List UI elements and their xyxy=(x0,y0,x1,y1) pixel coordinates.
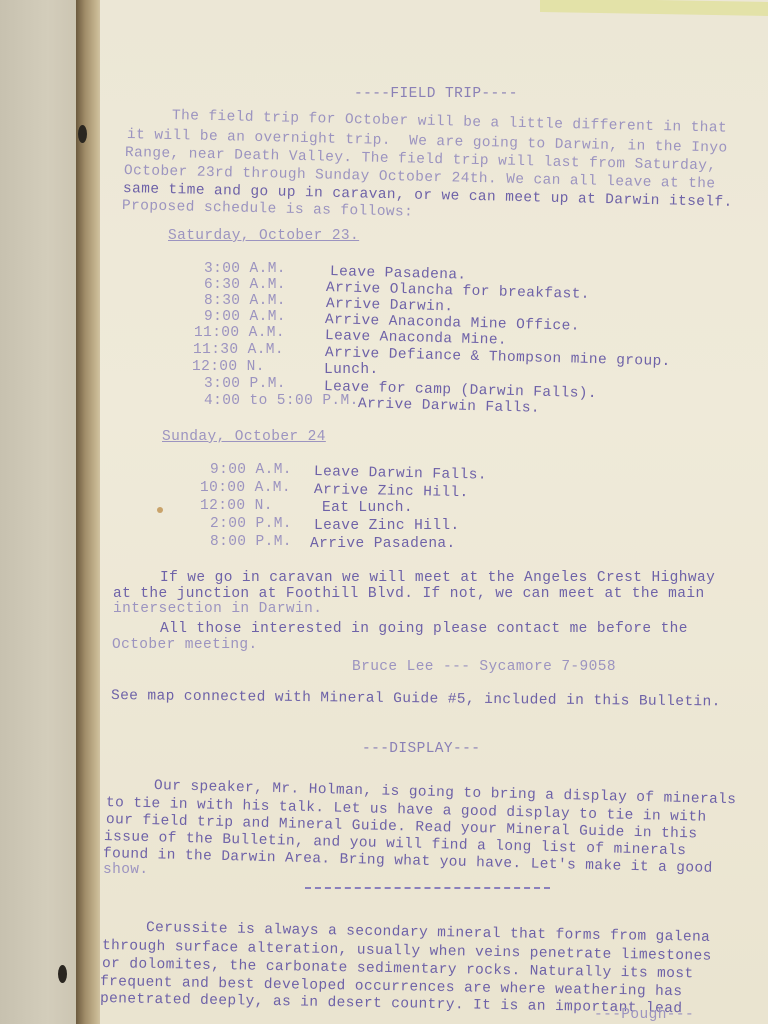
schedule-time: 11:00 A.M. xyxy=(194,325,285,341)
map-note: See map connected with Mineral Guide #5,… xyxy=(111,688,721,710)
binder-ring xyxy=(78,125,87,143)
facing-page xyxy=(0,0,80,1024)
schedule-event: Arrive Darwin Falls. xyxy=(358,396,540,417)
schedule-time: 9:00 A.M. xyxy=(210,462,292,478)
field-trip-heading: ----FIELD TRIP---- xyxy=(354,86,518,102)
schedule-time: 6:30 A.M. xyxy=(204,277,286,293)
schedule-event: Arrive Zinc Hill. xyxy=(314,482,469,501)
display-line: show. xyxy=(103,862,149,878)
schedule-time: 10:00 A.M. xyxy=(200,480,291,496)
schedule-event: Arrive Pasadena. xyxy=(310,536,456,552)
binder-ring xyxy=(58,965,67,983)
schedule-event: Leave Darwin Falls. xyxy=(314,464,487,484)
schedule-event: Eat Lunch. xyxy=(322,500,413,516)
attribution: ---Pough--- xyxy=(594,1007,694,1023)
schedule-time: 9:00 A.M. xyxy=(204,309,286,325)
caravan-line: at the junction at Foothill Blvd. If not… xyxy=(113,586,705,602)
typed-text: ----FIELD TRIP---- The field trip for Oc… xyxy=(100,0,768,1024)
schedule-time: 8:00 P.M. xyxy=(210,534,292,550)
day-heading-saturday: Saturday, October 23. xyxy=(168,228,359,244)
schedule-time: 4:00 to 5:00 P.M. xyxy=(204,393,359,409)
signature: Bruce Lee --- Sycamore 7-9058 xyxy=(352,659,616,675)
schedule-time: 8:30 A.M. xyxy=(204,293,286,309)
section-divider xyxy=(305,887,550,889)
schedule-time: 12:00 N. xyxy=(200,498,273,514)
schedule-time: 3:00 A.M. xyxy=(204,261,286,277)
contact-line: October meeting. xyxy=(112,637,258,653)
caravan-line: If we go in caravan we will meet at the … xyxy=(160,570,715,586)
display-heading: ---DISPLAY--- xyxy=(362,741,480,757)
document-page: ----FIELD TRIP---- The field trip for Oc… xyxy=(100,0,768,1024)
contact-line: All those interested in going please con… xyxy=(160,621,688,637)
schedule-event: Lunch. xyxy=(324,362,379,378)
day-heading-sunday: Sunday, October 24 xyxy=(162,429,326,445)
caravan-line: intersection in Darwin. xyxy=(113,601,322,617)
schedule-time: 12:00 N. xyxy=(192,359,265,375)
schedule-time: 11:30 A.M. xyxy=(193,342,284,358)
schedule-time: 3:00 P.M. xyxy=(204,376,286,392)
schedule-event: Leave Zinc Hill. xyxy=(314,518,460,534)
schedule-time: 2:00 P.M. xyxy=(210,516,292,532)
